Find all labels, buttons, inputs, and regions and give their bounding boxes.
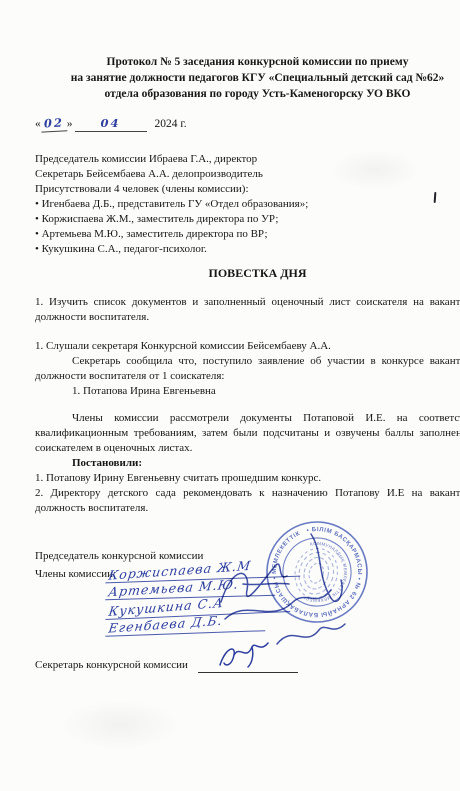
member-item: • Игенбаева Д.Б., представитель ГУ «Отде… [35,197,460,212]
secretary-signature-scribble [216,637,274,671]
scan-smudge [60,700,180,750]
heard-line: 1. Слушали секретаря Конкурсной комиссии… [35,339,460,354]
svg-text:• БІЛІМ БАСҚАРМАСЫ • № 62 АРНА: • БІЛІМ БАСҚАРМАСЫ • № 62 АРНАЙЫ БАЛАБАҚ… [264,519,370,625]
protocol-document-page: Протокол № 5 заседания конкурсной комисс… [0,0,460,791]
review-paragraph: Члены комиссии рассмотрели документы Пот… [35,411,460,456]
date-year: 2024 г. [155,118,187,130]
handwritten-day: 02 [40,115,67,132]
signature-section: Председатель конкурсной комиссии Члены к… [35,542,460,642]
secretary-report: Секретарь сообщила что, поступило заявле… [35,354,460,384]
member-item: • Коржиспаева Ж.М., заместитель директор… [35,212,460,227]
agenda-heading: ПОВЕСТКА ДНЯ [35,266,460,281]
date-line: «02»042024 г. [35,116,460,134]
resolution-heading: Постановили: [35,456,460,471]
member-item: • Артемьева М.Ю., заместитель директора … [35,227,460,242]
candidate-line: 1. Потапова Ирина Евгеньевна [35,384,460,399]
stamp-outer-text: • БІЛІМ БАСҚАРМАСЫ • № 62 АРНАЙЫ БАЛАБАҚ… [264,519,370,625]
document-title: Протокол № 5 заседания конкурсной комисс… [35,54,460,102]
title-line-3: отдела образования по городу Усть-Камено… [35,86,460,102]
secretary-signature-row: Секретарь конкурсной комиссии [35,658,460,673]
agenda-item: 1. Изучить список документов и заполненн… [35,295,460,325]
secretary-signature-line [198,659,298,673]
member-item: • Кукушкина С.А., педагог-психолог. [35,242,460,257]
date-quote-close: » [67,118,73,130]
resolution-item: 1. Потапову Ирину Евгеньевну считать про… [35,471,460,486]
secretary-signature-label: Секретарь конкурсной комиссии [35,659,188,671]
resolution-item: 2. Директору детского сада рекомендовать… [35,486,460,516]
scan-smudge [330,150,420,190]
handwritten-month: 04 [75,116,147,132]
title-line-2: на занятие должности педагогов КГУ «Спец… [35,70,460,86]
title-line-1: Протокол № 5 заседания конкурсной комисс… [35,54,460,70]
official-round-stamp: • БІЛІМ БАСҚАРМАСЫ • № 62 АРНАЙЫ БАЛАБАҚ… [264,519,370,625]
